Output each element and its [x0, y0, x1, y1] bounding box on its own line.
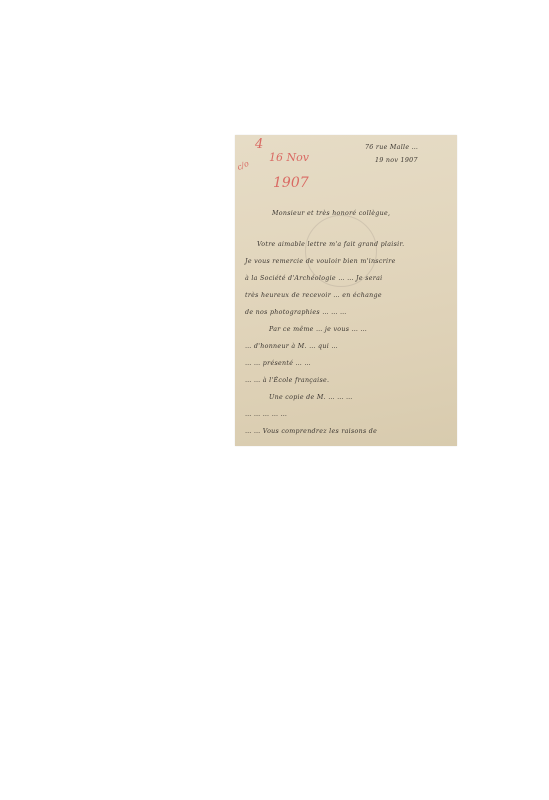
- letter-line: … … Vous comprendrez les raisons de: [245, 428, 377, 435]
- letter-line: … … à l'École française.: [245, 377, 329, 384]
- letter-date: 19 nov 1907: [375, 157, 418, 164]
- red-annotation-prefix: c/o: [236, 159, 251, 172]
- letter-line: très heureux de recevoir … en échange: [245, 292, 382, 299]
- letter-line: Votre aimable lettre m'a fait grand plai…: [257, 241, 404, 248]
- letter-line: Je vous remercie de vouloir bien m'inscr…: [245, 258, 396, 265]
- letter-line: … … … … …: [245, 411, 287, 418]
- letter-line: Par ce même … je vous … …: [269, 326, 367, 333]
- letter-page: 4 c/o 16 Nov 1907 76 rue Malle … 19 nov …: [235, 135, 457, 446]
- red-annotation-year: 1907: [273, 175, 309, 191]
- salutation: Monsieur et très honoré collègue,: [272, 210, 390, 217]
- letter-line: Une copie de M. … … …: [269, 394, 353, 401]
- letter-line: … … présenté … …: [245, 360, 311, 367]
- red-annotation-number: 4: [255, 137, 263, 152]
- letter-line: de nos photographies … … …: [245, 309, 347, 316]
- letter-line: à la Société d'Archéologie … … Je serai: [245, 275, 382, 282]
- letter-line: … d'honneur à M. … qui …: [245, 343, 338, 350]
- red-annotation-date: 16 Nov: [269, 151, 309, 164]
- sender-address: 76 rue Malle …: [365, 144, 418, 151]
